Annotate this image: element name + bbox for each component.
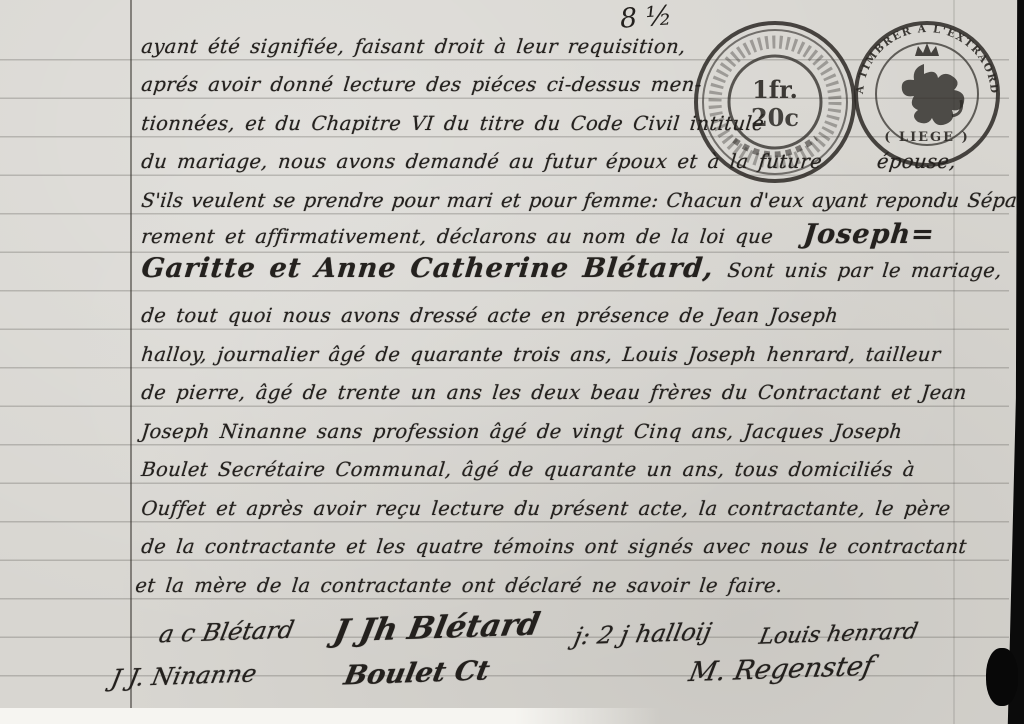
text-line: rement et affirmativement, déclarons au … [140,222,936,250]
signature: M. Regenstef [686,651,876,688]
signature: j: 2 j halloij [572,618,714,651]
signature: J Jh Blétard [331,606,543,649]
scan-edge-right [1006,0,1024,724]
text-line-segment: Sont unis par le mariage, [726,259,1003,282]
text-line-segment: de la contractante et les quatre témoins… [140,535,968,558]
margin-line [130,0,132,724]
text-line-segment: Ouffet et après avoir reçu lecture du pr… [140,497,952,520]
text-line-segment: de tout quoi nous avons dressé acte en p… [140,304,839,327]
text-line: aprés avoir donné lecture des piéces ci-… [140,72,703,98]
page-number: 8 ½ [619,0,673,35]
text-line: Ouffet et après avoir reçu lecture du pr… [140,496,952,522]
text-line-segment: aprés avoir donné lecture des piéces ci-… [140,73,703,96]
text-line-segment: Joseph Ninanne sans profession âgé de vi… [140,420,903,443]
text-line: S'ils veulent se prendre pour mari et po… [140,188,1024,214]
text-line-segment-name: Joseph= [802,219,937,250]
signature: a c Blétard [157,616,297,649]
text-line: du mariage, nous avons demandé au futur … [140,149,957,175]
crown-icon [915,43,939,56]
liege-extraordinaire-stamp: A TIMBRER A L'EXTRAORDINAIRE ( LIEGE ) [848,20,1006,170]
text-line-segment: et la mère de la contractante ont déclar… [134,574,784,597]
text-line-segment: halloy, journalier âgé de quarante trois… [140,343,942,366]
text-line: Joseph Ninanne sans profession âgé de vi… [140,419,904,445]
text-line-segment: S'ils veulent se prendre pour mari et po… [140,189,1024,212]
stamp-place-text: ( LIEGE ) [884,130,970,145]
stamp-value-francs: 1fr. [752,75,798,104]
text-line-segment: ayant été signifiée, faisant droit à leu… [140,35,687,58]
text-line-segment-name: Garitte et Anne Catherine Blétard, [140,253,715,284]
text-line: halloy, journalier âgé de quarante trois… [140,342,942,368]
signature: Boulet Ct [341,656,492,692]
text-line-segment: rement et affirmativement, déclarons au … [140,225,774,248]
text-line: tionnées, et du Chapitre VI du titre du … [140,111,765,137]
text-line-segment: de pierre, âgé de trente un ans les deux… [140,381,968,404]
text-line-segment: du mariage, nous avons demandé au futur … [140,150,823,173]
text-line: Boulet Secrétaire Communal, âgé de quara… [140,457,916,483]
text-line: Garitte et Anne Catherine Blétard,Sont u… [140,256,1003,284]
text-line: de la contractante et les quatre témoins… [140,534,968,560]
scan-edge-bottom [0,708,660,724]
text-line-segment: épouse, [876,150,957,173]
text-line-segment: tionnées, et du Chapitre VI du titre du … [140,112,765,135]
scan-edge-blob [986,648,1018,706]
scanned-document-page: 8 ½ 1fr. 20c A TIMBRER A L'EXTRAORDINAIR… [0,0,1024,724]
text-line: et la mère de la contractante ont déclar… [134,573,784,599]
text-line: ayant été signifiée, faisant droit à leu… [140,34,687,60]
text-line: de pierre, âgé de trente un ans les deux… [140,380,968,406]
text-line-segment: Boulet Secrétaire Communal, âgé de quara… [140,458,916,481]
signature: J J. Ninanne [109,659,259,692]
text-line: de tout quoi nous avons dressé acte en p… [140,303,840,329]
signature: Louis henrard [757,619,920,649]
